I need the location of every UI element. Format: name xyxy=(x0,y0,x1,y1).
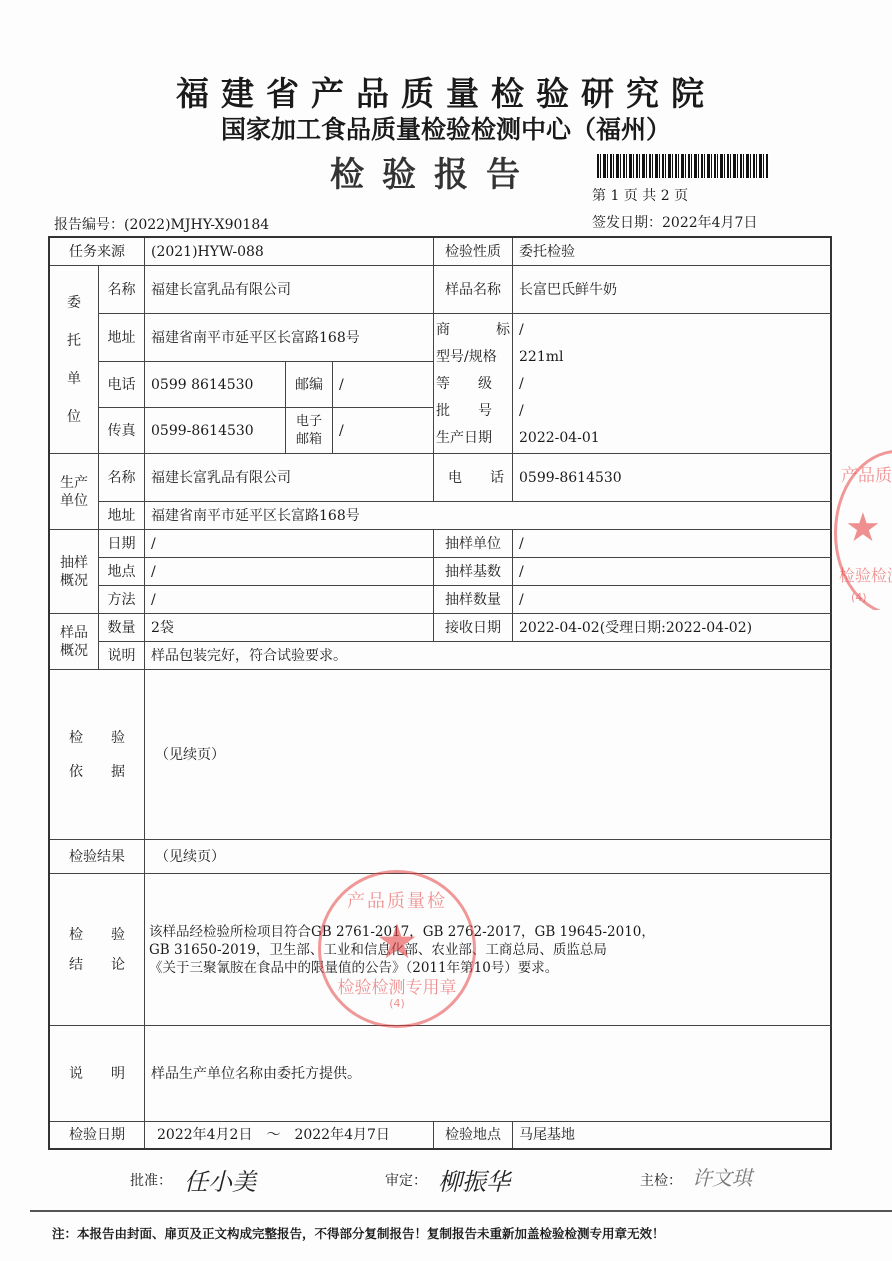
conclusion-label-top: 检 验 xyxy=(69,926,125,944)
sampling-place-label: 地点 xyxy=(99,558,145,586)
batch-label: 批 号 xyxy=(436,402,510,420)
report-number: 报告编号：(2022)MJHY-X90184 xyxy=(54,216,269,234)
model-spec-value: 221ml xyxy=(519,348,563,366)
trademark-label: 商 标 xyxy=(436,321,510,339)
sampling-unit-value: / xyxy=(513,530,832,558)
sample-attr-labels: 商 标 型号/规格 等 级 批 号 生产日期 xyxy=(434,314,513,454)
inspection-nature-label: 检验性质 xyxy=(434,238,513,266)
result-label: 检验结果 xyxy=(50,840,145,874)
sample-attr-values: / 221ml / / 2022-04-01 xyxy=(513,314,832,454)
approve-label: 批准： xyxy=(130,1172,172,1190)
model-spec-label: 型号/规格 xyxy=(436,348,510,366)
remarks-label: 说 明 xyxy=(50,1026,145,1122)
client-postcode-label: 邮编 xyxy=(286,362,333,408)
sampling-base-value: / xyxy=(513,558,832,586)
sampling-place-value: / xyxy=(145,558,434,586)
issue-date: 签发日期：2022年4月7日 xyxy=(592,214,757,232)
sampling-group-label: 抽样概况 xyxy=(50,530,99,614)
seam-stamp: 产品质量检 ★ 检验检测专用章 (4) xyxy=(834,450,892,610)
basis-label-top: 检 验 xyxy=(69,729,125,747)
main-inspector-signature: 许文琪 xyxy=(692,1162,752,1191)
issue-date-value: 2022年4月7日 xyxy=(662,215,757,231)
sampling-quantity-value: / xyxy=(513,586,832,614)
main-inspector-label: 主检： xyxy=(640,1172,682,1190)
conclusion-value: 该样品经检验所检项目符合GB 2761-2017，GB 2762-2017，GB… xyxy=(145,874,832,1026)
approve-signature: 任小美 xyxy=(184,1162,256,1197)
barcode xyxy=(597,154,769,178)
basis-value: （见续页） xyxy=(145,670,832,840)
sampling-date-label: 日期 xyxy=(99,530,145,558)
sampling-method-label: 方法 xyxy=(99,586,145,614)
page-info: 第 1 页 共 2 页 xyxy=(592,187,688,205)
producer-name-label: 名称 xyxy=(99,454,145,502)
client-label-3: 单 xyxy=(67,370,81,388)
seal-arc-text: 产品质量检 xyxy=(321,887,473,913)
sample-description-value: 样品包装完好，符合试验要求。 xyxy=(145,642,832,670)
sampling-method-value: / xyxy=(145,586,434,614)
client-name-value: 福建长富乳品有限公司 xyxy=(145,266,434,314)
inspection-place-value: 马尾基地 xyxy=(513,1122,832,1148)
trademark-value: / xyxy=(519,321,524,339)
producer-name-value: 福建长富乳品有限公司 xyxy=(145,454,434,502)
sample-overview-group-label: 样品概况 xyxy=(50,614,99,670)
basis-label-bottom: 依 据 xyxy=(69,763,125,781)
client-group-label: 委 托 单 位 xyxy=(50,266,99,454)
grade-label: 等 级 xyxy=(436,375,510,393)
remarks-value: 样品生产单位名称由委托方提供。 xyxy=(145,1026,832,1122)
institute-name: 福建省产品质量检验研究院 xyxy=(0,74,892,114)
sample-quantity-value: 2袋 xyxy=(145,614,434,642)
seam-stamp-number: (4) xyxy=(851,591,867,604)
seal-number: (4) xyxy=(321,997,473,1010)
report-number-label: 报告编号： xyxy=(54,217,124,233)
seam-stamp-star-icon: ★ xyxy=(845,505,881,551)
footer-divider xyxy=(30,1210,892,1212)
grade-value: / xyxy=(519,375,524,393)
sampling-quantity-label: 抽样数量 xyxy=(434,586,513,614)
issue-date-label: 签发日期： xyxy=(592,215,662,231)
client-email-value: / xyxy=(333,408,434,454)
client-name-label: 名称 xyxy=(99,266,145,314)
client-label-1: 委 xyxy=(67,294,81,312)
client-phone-label: 电话 xyxy=(99,362,145,408)
sampling-base-label: 抽样基数 xyxy=(434,558,513,586)
inspection-date-value: 2022年4月2日 ～ 2022年4月7日 xyxy=(145,1122,434,1148)
production-date-value: 2022-04-01 xyxy=(519,429,600,447)
client-address-label: 地址 xyxy=(99,314,145,362)
footer-note: 注：本报告由封面、扉页及正文构成完整报告，不得部分复制报告！复制报告未重新加盖检… xyxy=(52,1224,665,1242)
producer-phone-value: 0599-8614530 xyxy=(513,454,832,502)
producer-address-value: 福建省南平市延平区长富路168号 xyxy=(145,502,832,530)
inspection-nature-value: 委托检验 xyxy=(513,238,832,266)
client-fax-value: 0599-8614530 xyxy=(145,408,286,454)
inspection-date-label: 检验日期 xyxy=(50,1122,145,1148)
client-phone-value: 0599 8614530 xyxy=(145,362,286,408)
document-title: 检验报告 xyxy=(330,153,538,197)
client-label-4: 位 xyxy=(67,408,81,426)
basis-label: 检 验 依 据 xyxy=(50,670,145,840)
seal-star-icon: ★ xyxy=(321,917,473,967)
report-number-value: (2022)MJHY-X90184 xyxy=(124,217,269,233)
sample-name-value: 长富巴氏鲜牛奶 xyxy=(513,266,832,314)
receive-date-value: 2022-04-02(受理日期:2022-04-02) xyxy=(513,614,832,642)
sample-quantity-label: 数量 xyxy=(99,614,145,642)
task-source-value: (2021)HYW-088 xyxy=(145,238,434,266)
inspection-place-label: 检验地点 xyxy=(434,1122,513,1148)
producer-address-label: 地址 xyxy=(99,502,145,530)
sample-description-label: 说明 xyxy=(99,642,145,670)
client-email-label: 电子邮箱 xyxy=(286,408,333,454)
batch-value: / xyxy=(519,402,524,420)
production-date-label: 生产日期 xyxy=(436,429,510,447)
conclusion-label: 检 验 结 论 xyxy=(50,874,145,1026)
seal-center-text: 检验检测专用章 xyxy=(321,973,473,998)
client-fax-label: 传真 xyxy=(99,408,145,454)
official-seal-stamp: 产品质量检 ★ 检验检测专用章 (4) xyxy=(318,870,476,1028)
task-source-label: 任务来源 xyxy=(50,238,145,266)
center-name: 国家加工食品质量检验检测中心（福州） xyxy=(0,114,892,146)
seam-stamp-text: 产品质量检 xyxy=(841,461,892,486)
client-address-value: 福建省南平市延平区长富路168号 xyxy=(145,314,434,362)
client-postcode-value: / xyxy=(333,362,434,408)
seam-stamp-center-text: 检验检测专用章 xyxy=(839,563,892,586)
producer-group-label: 生产单位 xyxy=(50,454,99,530)
sample-name-label: 样品名称 xyxy=(434,266,513,314)
producer-phone-label: 电 话 xyxy=(434,454,513,502)
review-signature: 柳振华 xyxy=(438,1162,510,1197)
sampling-unit-label: 抽样单位 xyxy=(434,530,513,558)
result-value: （见续页） xyxy=(145,840,832,874)
sampling-date-value: / xyxy=(145,530,434,558)
conclusion-label-bottom: 结 论 xyxy=(69,956,125,974)
receive-date-label: 接收日期 xyxy=(434,614,513,642)
client-label-2: 托 xyxy=(67,332,81,350)
review-label: 审定： xyxy=(385,1172,427,1190)
